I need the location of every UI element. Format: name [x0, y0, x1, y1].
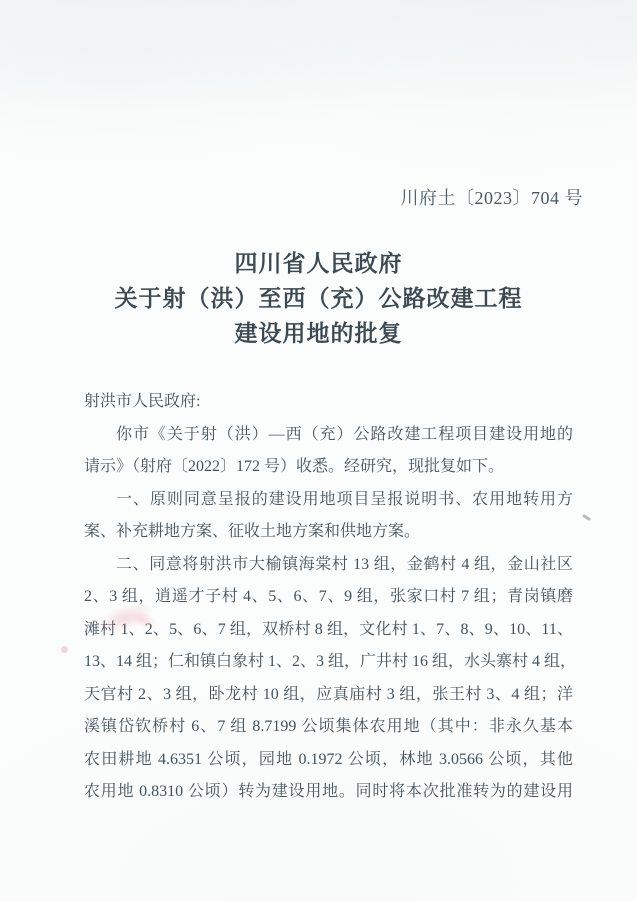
- body-line: 二、同意将射洪市大榆镇海棠村 13 组，金鹤村 4 组，金山社区: [84, 549, 573, 582]
- body-line: 2、3 组，逍遥才子村 4、5、6、7、9 组，张家口村 7 组；青岗镇磨: [84, 581, 573, 614]
- salutation: 射洪市人民政府:: [84, 386, 573, 419]
- document-title: 四川省人民政府 关于射（洪）至西（充）公路改建工程 建设用地的批复: [0, 246, 637, 351]
- body-line: 溪镇岱钦桥村 6、7 组 8.7199 公顷集体农用地（其中：非永久基本: [84, 711, 573, 744]
- title-line-type: 建设用地的批复: [0, 316, 637, 351]
- body-line: 你市《关于射（洪）—西（充）公路改建工程项目建设用地的: [84, 419, 573, 452]
- body-line: 一、原则同意呈报的建设用地项目呈报说明书、农用地转用方: [84, 484, 573, 517]
- title-line-subject: 关于射（洪）至西（充）公路改建工程: [0, 281, 637, 316]
- body-line: 天官村 2、3 组，卧龙村 10 组，应真庙村 3 组，张王村 3、4 组；洋: [84, 679, 573, 712]
- document-body: 射洪市人民政府: 你市《关于射（洪）—西（充）公路改建工程项目建设用地的 请示》…: [84, 386, 573, 809]
- document-number: 川府土〔2023〕704 号: [401, 184, 584, 210]
- body-line: 13、14 组；仁和镇白象村 1、2、3 组，广井村 16 组，水头寨村 4 组…: [84, 646, 573, 679]
- title-line-issuer: 四川省人民政府: [0, 246, 637, 281]
- scan-stray-mark: [582, 514, 591, 521]
- scanned-document-page: 川府土〔2023〕704 号 四川省人民政府 关于射（洪）至西（充）公路改建工程…: [0, 0, 637, 901]
- body-line: 农用地 0.8310 公顷）转为建设用地。同时将本次批准转为的建设用: [84, 776, 573, 809]
- body-line: 滩村 1、2、5、6、7 组，双桥村 8 组，文化村 1、7、8、9、10、11…: [84, 614, 573, 647]
- body-line: 案、补充耕地方案、征收土地方案和供地方案。: [84, 516, 573, 549]
- body-line: 农田耕地 4.6351 公顷，园地 0.1972 公顷，林地 3.0566 公顷…: [84, 744, 573, 777]
- body-line: 请示》（射府〔2022〕172 号）收悉。经研究，现批复如下。: [84, 451, 573, 484]
- red-ink-dot: [61, 646, 68, 653]
